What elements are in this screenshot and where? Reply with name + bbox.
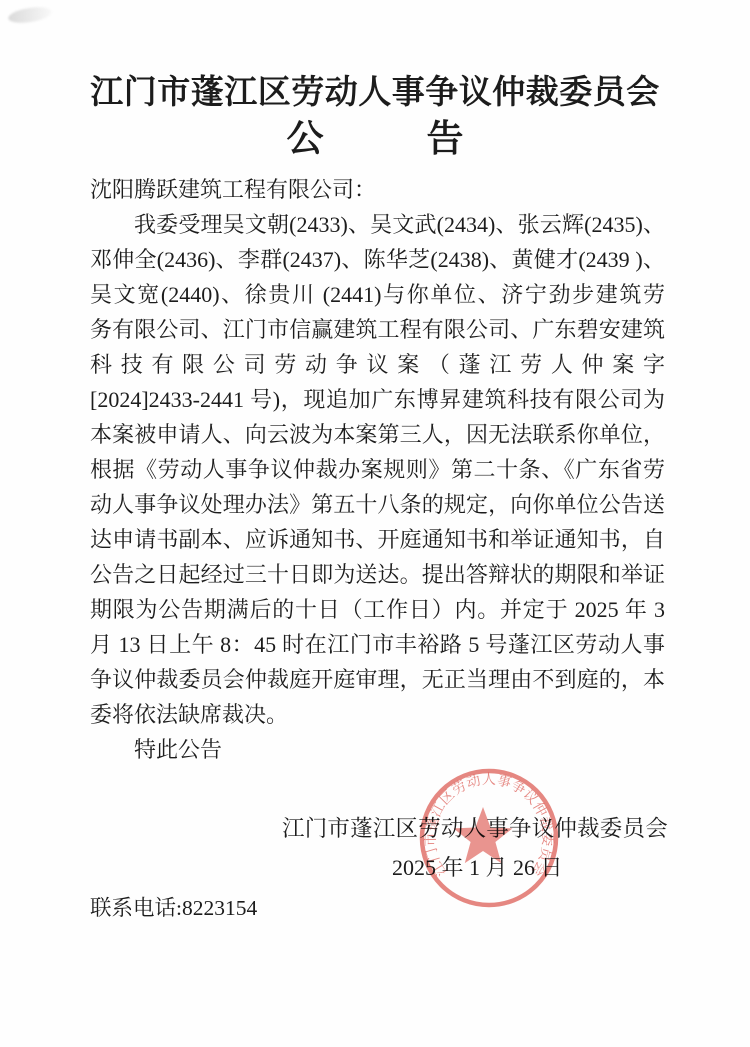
body-line: 科技有限公司劳动争议案（蓬江劳人仲案字: [90, 347, 665, 382]
body-line: 本案被申请人、向云波为本案第三人，因无法联系你单位，: [90, 417, 665, 452]
body-line: 根据《劳动人事争议仲裁办案规则》第二十条、《广东省劳: [90, 452, 665, 487]
body-line: 委将依法缺席裁决。: [90, 697, 665, 732]
contact-phone: 联系电话:8223154: [90, 891, 257, 922]
body-line: 邓伸全(2436)、李群(2437)、陈华芝(2438)、黄健才(2439 )、: [90, 242, 665, 277]
addressee-line: 沈阳腾跃建筑工程有限公司：: [90, 172, 665, 207]
body-line: [2024]2433-2441 号)，现追加广东博昇建筑科技有限公司为: [90, 382, 665, 417]
closing-line: 特此公告: [90, 732, 665, 767]
body-line: 期限为公告期满后的十日（工作日）内。并定于 2025 年 3: [90, 592, 665, 627]
official-seal: 江门市蓬江区劳动人事争议仲裁委员会: [409, 758, 569, 918]
announcement-document: 江门市蓬江区劳动人事争议仲裁委员会 公告 沈阳腾跃建筑工程有限公司： 我委受理吴…: [0, 0, 750, 1047]
body-line: 务有限公司、江门市信赢建筑工程有限公司、广东碧安建筑: [90, 312, 665, 347]
document-subtitle: 公告: [0, 119, 750, 162]
body-line: 动人事争议处理办法》第五十八条的规定，向你单位公告送: [90, 487, 665, 522]
document-body: 沈阳腾跃建筑工程有限公司： 我委受理吴文朝(2433)、吴文武(2434)、张云…: [90, 172, 665, 767]
document-title: 江门市蓬江区劳动人事争议仲裁委员会: [0, 74, 750, 114]
body-line: 我委受理吴文朝(2433)、吴文武(2434)、张云辉(2435)、: [90, 207, 665, 242]
star-icon: [454, 807, 513, 863]
body-line: 争议仲裁委员会仲裁庭开庭审理，无正当理由不到庭的，本: [90, 662, 665, 697]
body-line: 吴文宽(2440)、徐贵川 (2441)与你单位、济宁劲步建筑劳: [90, 277, 665, 312]
body-line: 公告之日起经过三十日即为送达。提出答辩状的期限和举证: [90, 557, 665, 592]
scan-artifact: [7, 5, 53, 26]
body-line: 月 13 日上午 8：45 时在江门市丰裕路 5 号蓬江区劳动人事: [90, 627, 665, 662]
body-line: 达申请书副本、应诉通知书、开庭通知书和举证通知书，自: [90, 522, 665, 557]
